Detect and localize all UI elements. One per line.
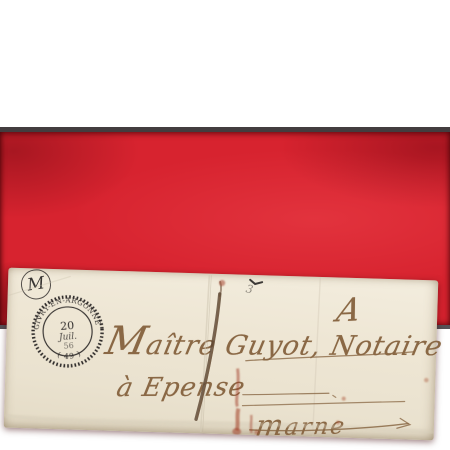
address-line-3: marne (254, 409, 349, 440)
pencil-mark: 3 (244, 282, 254, 296)
address-line-1: Maître Guyot, Notaire (102, 322, 447, 362)
letter-cover: M GIVRY-EN-ARGONNE ( 49 ) 20 Juil. 56 (4, 268, 439, 441)
product-photo[interactable]: M GIVRY-EN-ARGONNE ( 49 ) 20 Juil. 56 (0, 127, 450, 329)
cds-year: 56 (63, 341, 74, 351)
address-line-2: à Epense (114, 374, 248, 401)
cds-postmark: GIVRY-EN-ARGONNE ( 49 ) 20 Juil. 56 (27, 291, 108, 372)
m-mark-letter: M (26, 275, 46, 294)
recipient-heading: A (334, 293, 364, 326)
cds-day: 20 (60, 319, 75, 333)
page-background: M GIVRY-EN-ARGONNE ( 49 ) 20 Juil. 56 (0, 0, 450, 450)
